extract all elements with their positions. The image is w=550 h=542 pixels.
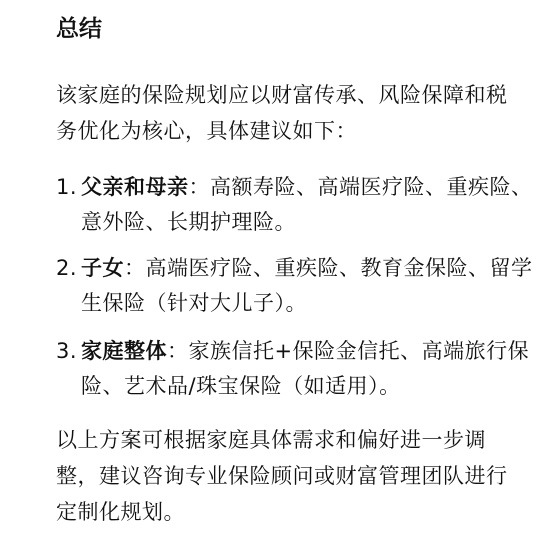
intro-paragraph: 该家庭的保险规划应以财富传承、风险保障和税务优化为核心，具体建议如下： [56,77,526,149]
list-item-text: 高端医疗险、重疾险、教育金保险、留学生保险（针对大儿子）。 [81,256,533,315]
list-item-label: 子女 [81,256,124,280]
list-number: 1. [56,170,77,205]
list-item-label: 家庭整体 [81,339,167,363]
list-item-separator: ： [167,339,189,363]
list-item-label: 父亲和母亲 [81,175,189,199]
list-item-children: 2. 子女：高端医疗险、重疾险、教育金保险、留学生保险（针对大儿子）。 [56,251,536,321]
list-item-parents: 1. 父亲和母亲：高额寿险、高端医疗险、重疾险、意外险、长期护理险。 [56,170,536,240]
list-item-family: 3. 家庭整体：家族信托+保险金信托、高端旅行保险、艺术品/珠宝保险（如适用）。 [56,334,536,404]
list-item-separator: ： [189,175,211,199]
closing-paragraph: 以上方案可根据家庭具体需求和偏好进一步调整，建议咨询专业保险顾问或财富管理团队进… [56,422,526,530]
summary-document: 总结 该家庭的保险规划应以财富传承、风险保障和税务优化为核心，具体建议如下： 1… [0,0,550,542]
section-title: 总结 [56,12,102,46]
list-number: 2. [56,251,77,286]
list-number: 3. [56,334,77,369]
list-item-separator: ： [124,256,146,280]
